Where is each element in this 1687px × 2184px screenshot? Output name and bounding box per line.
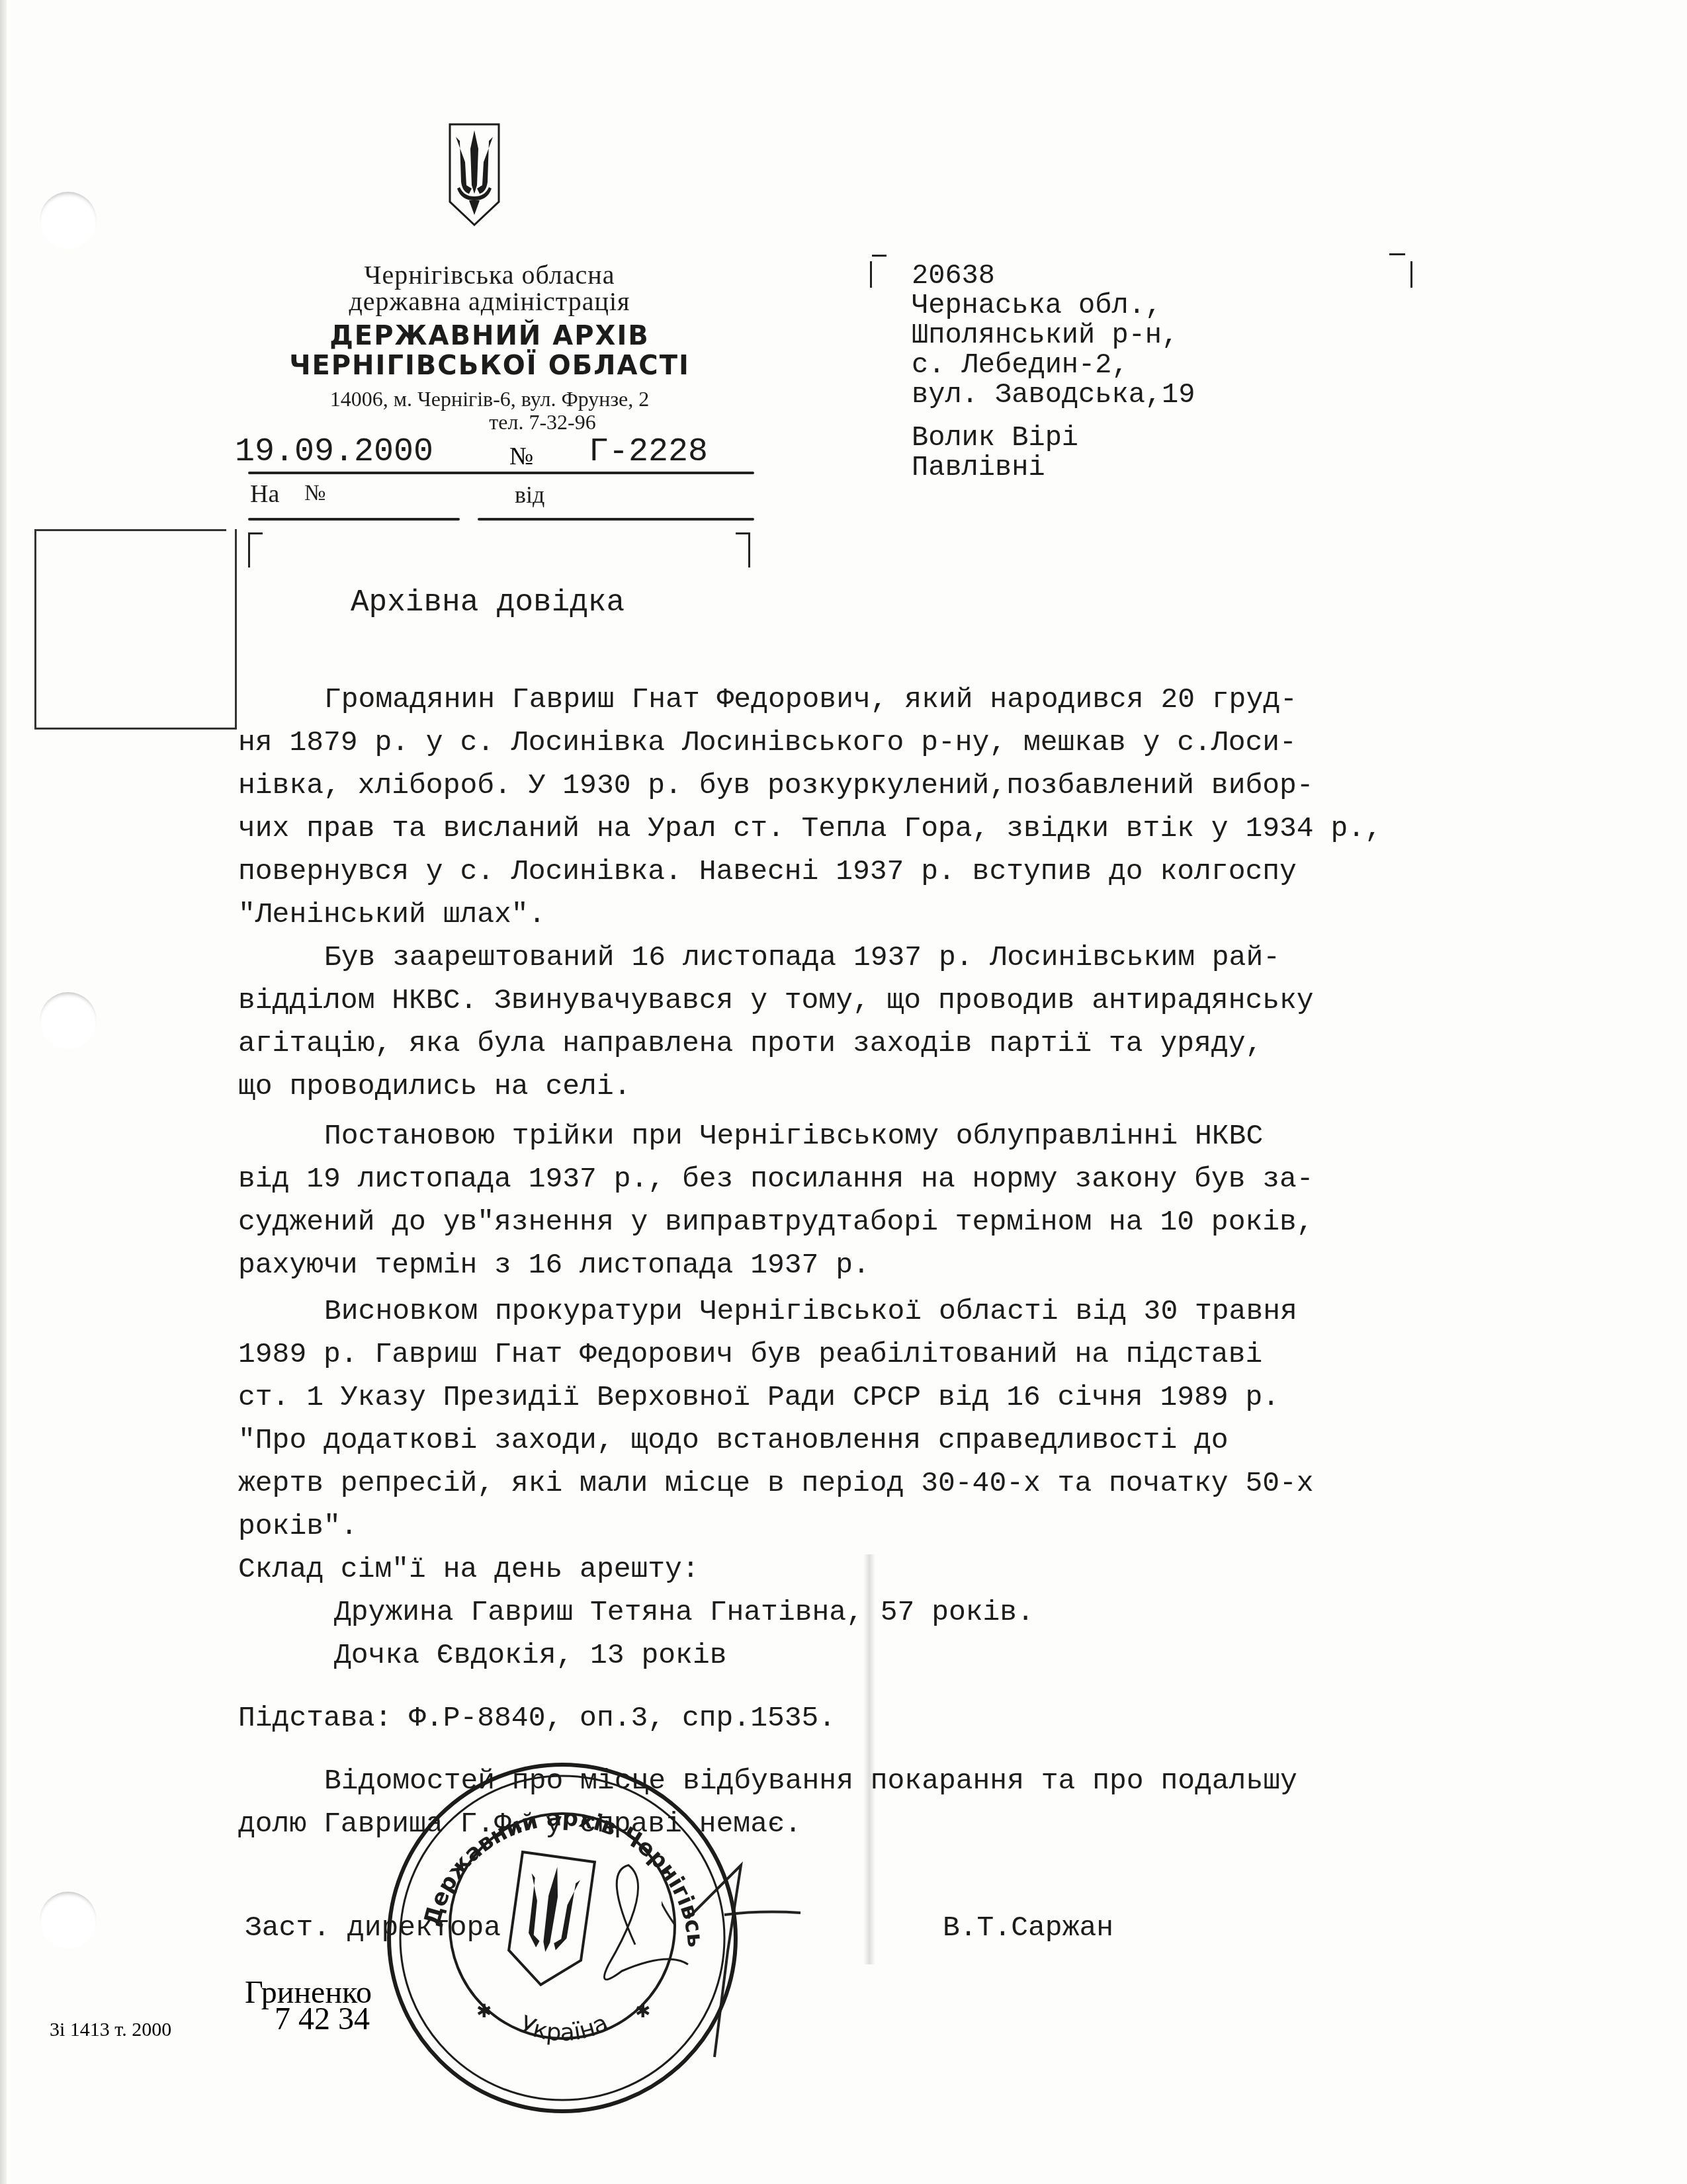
signatory-name: В.Т.Саржан (943, 1911, 1113, 1944)
letterhead-phone: тел. 7-32-96 (278, 410, 807, 435)
registration-number-sign: № (509, 442, 533, 471)
paragraph-4-line-6: років". (238, 1510, 358, 1542)
recipient-postcode: 20638 (912, 261, 995, 291)
paragraph-3-line-4: рахуючи термін з 16 листопада 1937 р. (238, 1249, 870, 1281)
recipient-bracket-left-h (872, 255, 887, 257)
paragraph-4-line-5: жертв репресій, які мали місце в період … (238, 1467, 1314, 1499)
paragraph-4-line-2: 1989 р. Гавриш Гнат Федорович був реабіл… (238, 1338, 1262, 1370)
recipient-bracket-right-h (1389, 253, 1405, 255)
document-page: Чернігівська обласна державна адміністра… (0, 0, 1687, 2184)
family-member-wife: Дружина Гавриш Тетяна Гнатівна, 57 років… (334, 1596, 1034, 1628)
reply-date-underline (478, 518, 754, 521)
paragraph-3-line-1: Постановою трійки при Чернігівському обл… (324, 1120, 1263, 1152)
letterhead-org-line2: ЧЕРНІГІВСЬКОЇ ОБЛАСТІ (225, 351, 754, 381)
paragraph-4-line-1: Висновком прокуратури Чернігівської обла… (324, 1295, 1297, 1327)
executor-phone: 7 42 34 (275, 2001, 370, 2037)
recipient-district: Шполянський р-н, (912, 321, 1178, 351)
paragraph-1-line-6: "Ленінський шлах". (238, 898, 545, 931)
punch-hole-top (40, 192, 97, 249)
recipient-bracket-left-v (870, 261, 872, 288)
reply-from-label: від (515, 481, 544, 509)
recipient-name-line2: Павлівні (912, 453, 1045, 483)
paragraph-3-line-2: від 19 листопада 1937 р., без посилання … (238, 1163, 1314, 1195)
document-title: Архівна довідка (351, 585, 625, 620)
letterhead-line2: державна адміністрація (225, 286, 754, 317)
paragraph-2-line-1: Був заарештований 16 листопада 1937 р. Л… (324, 941, 1280, 974)
archive-basis: Підстава: Ф.Р-8840, оп.3, спр.1535. (238, 1702, 836, 1734)
family-heading: Склад сім"ї на день арешту: (238, 1553, 699, 1585)
registration-date: 19.09.2000 (235, 433, 433, 471)
letterhead-address: 14006, м. Чернігів-6, вул. Фрунзе, 2 (225, 387, 754, 411)
stamp-bottom-text: Україна (516, 2009, 613, 2047)
scan-edge-shadow (0, 0, 7, 2184)
official-stamp: Державний архів Чернігівської області Ук… (377, 1753, 748, 2123)
reply-to-number-sign: № (304, 481, 325, 506)
print-code: 3і 1413 т. 2000 (50, 2019, 171, 2041)
reply-number-underline (248, 518, 460, 521)
punch-hole-middle (40, 992, 97, 1049)
paragraph-3-line-3: суджений до ув"язнення у виправтрудтабор… (238, 1206, 1314, 1238)
recipient-region: Чернаська обл., (912, 291, 1162, 321)
paragraph-1-line-2: ня 1879 р. у с. Лосинівка Лосинівського … (238, 726, 1297, 759)
paragraph-1-line-1: Громадянин Гавриш Гнат Федорович, який н… (324, 683, 1297, 716)
paragraph-4-line-4: "Про додаткові заходи, щодо встановлення… (238, 1424, 1229, 1456)
paragraph-2-line-2: відділом НКВС. Звинувачувався у тому, що… (238, 984, 1314, 1017)
svg-text:Україна: Україна (516, 2009, 613, 2047)
stamp-star-icon: ✱ (635, 2000, 650, 2022)
paragraph-1-line-5: повернувся у с. Лосинівка. Навесні 1937 … (238, 855, 1297, 888)
margin-box (34, 529, 237, 730)
trident-coat-of-arms-icon (505, 1852, 595, 1990)
recipient-bracket-right-v (1410, 261, 1412, 288)
trident-coat-of-arms-icon (448, 122, 501, 227)
bracket-top-left-v (248, 534, 250, 567)
registration-number: Г-2228 (589, 433, 708, 471)
date-underline (248, 472, 754, 474)
bracket-top-left-h (248, 532, 263, 534)
recipient-village: с. Лебедин-2, (912, 351, 1129, 380)
paragraph-1-line-3: нівка, хлібороб. У 1930 р. був розкуркул… (238, 769, 1314, 802)
paragraph-4-line-3: ст. 1 Указу Президії Верховної Ради СРСР… (238, 1381, 1279, 1413)
letterhead-org-line1: ДЕРЖАВНИЙ АРХІВ (225, 321, 754, 351)
family-member-daughter: Дочка Євдокія, 13 років (334, 1639, 727, 1671)
recipient-name-line1: Волик Вірі (912, 423, 1078, 453)
stamp-star-icon: ✱ (476, 2000, 492, 2022)
reply-to-label: На (250, 480, 279, 509)
paragraph-2-line-3: агітацію, яка була направлена проти захо… (238, 1027, 1262, 1060)
paragraph-1-line-4: чих прав та висланий на Урал ст. Тепла Г… (238, 812, 1382, 845)
bracket-top-right-v (748, 534, 750, 567)
recipient-street: вул. Заводська,19 (912, 380, 1195, 410)
punch-hole-bottom (40, 1892, 97, 1949)
paragraph-2-line-4: що проводились на селі. (238, 1070, 631, 1103)
